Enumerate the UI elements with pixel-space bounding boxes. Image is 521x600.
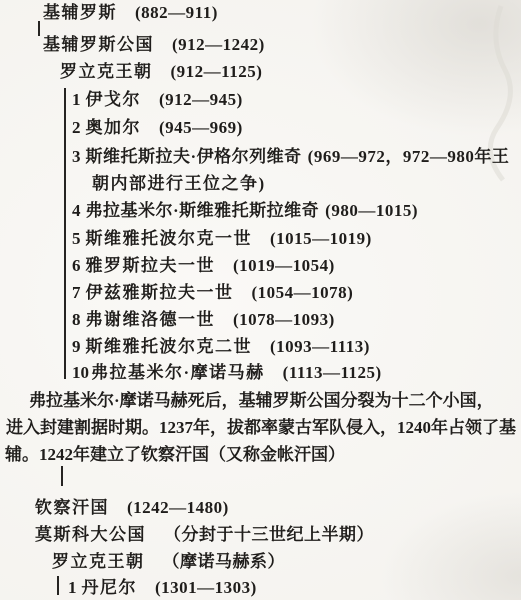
history-paragraph-line-3: 辅。1242年建立了钦察汗国（又称金帐汗国） bbox=[5, 445, 345, 465]
ruler-row-5: 5斯维雅托波尔克一世(1015—1019) bbox=[72, 229, 372, 249]
dynasty-dates: (912—1125) bbox=[171, 62, 263, 81]
ruler-row-8: 8弗谢维洛德一世(1078—1093) bbox=[72, 310, 335, 330]
ruler-dates: (1054—1078) bbox=[252, 283, 354, 302]
ruler-name: 斯维雅托波尔克一世 bbox=[86, 229, 253, 248]
ruler-dates: (1015—1019) bbox=[270, 229, 372, 248]
rurik-dynasty-monomakh-row: 罗立克王朝（摩诺马赫系） bbox=[52, 552, 285, 572]
ruler-row-3-wrap: 朝内部进行王位之争) bbox=[92, 174, 266, 194]
scan-artifact-squiggle bbox=[431, 0, 521, 260]
ruler-dates: (912—945) bbox=[159, 90, 243, 109]
ruler-number: 9 bbox=[72, 337, 81, 357]
ruler-name: 弗拉基米尔·摩诺马赫 bbox=[91, 363, 265, 382]
ruler-name: 雅罗斯拉夫一世 bbox=[86, 256, 216, 275]
ruler-row-2: 2奥加尔(945—969) bbox=[72, 118, 243, 138]
kievan-rus-root-row: 基辅罗斯(882—911) bbox=[43, 3, 218, 23]
ruler-number: 1 bbox=[72, 90, 81, 110]
state-dates: (1242—1480) bbox=[127, 498, 229, 517]
ruler-row-daniel: 1丹尼尔(1301—1303) bbox=[68, 578, 257, 598]
tree-connector-bottom-tick bbox=[57, 576, 59, 595]
ruler-name: 丹尼尔 bbox=[82, 578, 138, 597]
tree-connector-mid-tick bbox=[61, 466, 63, 486]
ruler-name: 弗谢维洛德一世 bbox=[86, 310, 216, 329]
ruler-row-9: 9斯维雅托波尔克二世(1093—1113) bbox=[72, 337, 370, 357]
ruler-number: 3 bbox=[72, 147, 81, 167]
ruler-dates: (1301—1303) bbox=[155, 578, 257, 597]
tree-connector-top-tick bbox=[38, 21, 40, 36]
state-name: 钦察汗国 bbox=[35, 498, 109, 517]
ruler-dates: (980—1015) bbox=[325, 201, 418, 220]
ruler-number: 5 bbox=[72, 229, 81, 249]
kipchak-khanate-row: 钦察汗国(1242—1480) bbox=[35, 498, 229, 518]
tree-connector-main-line bbox=[64, 88, 66, 379]
ruler-number: 6 bbox=[72, 256, 81, 276]
state-name: 基辅罗斯公国 bbox=[43, 35, 154, 54]
state-name: 莫斯科大公国 bbox=[35, 525, 146, 544]
ruler-row-10: 10弗拉基米尔·摩诺马赫(1113—1125) bbox=[72, 363, 382, 383]
history-paragraph-line-1: 弗拉基米尔·摩诺马赫死后，基辅罗斯公国分裂为十二个小国， bbox=[29, 391, 494, 411]
ruler-number: 1 bbox=[68, 578, 77, 598]
ruler-name: 斯维雅托波尔克二世 bbox=[86, 337, 253, 356]
kievan-duchy-row: 基辅罗斯公国(912—1242) bbox=[43, 35, 265, 55]
ruler-name: 斯维托斯拉夫·伊格尔列维奇 bbox=[86, 147, 302, 166]
rurik-dynasty-row: 罗立克王朝(912—1125) bbox=[60, 62, 262, 82]
ruler-row-7: 7伊兹雅斯拉夫一世(1054—1078) bbox=[72, 283, 353, 303]
ruler-row-1: 1伊戈尔(912—945) bbox=[72, 90, 243, 110]
dynasty-name: 罗立克王朝 bbox=[60, 62, 153, 81]
history-paragraph-line-2: 进入封建割据时期。1237年，拔都率蒙古军队侵入，1240年占领了基 bbox=[6, 418, 516, 438]
ruler-dates: (969—972，972—980年王 bbox=[308, 147, 510, 166]
ruler-number: 8 bbox=[72, 310, 81, 330]
ruler-row-3: 3斯维托斯拉夫·伊格尔列维奇(969—972，972—980年王 bbox=[72, 147, 509, 167]
ruler-dates: (1093—1113) bbox=[270, 337, 370, 356]
scanned-book-page: 基辅罗斯(882—911) 基辅罗斯公国(912—1242) 罗立克王朝(912… bbox=[0, 0, 521, 600]
ruler-dates-continued: 朝内部进行王位之争) bbox=[92, 174, 266, 193]
state-name: 基辅罗斯 bbox=[43, 3, 117, 22]
ruler-row-4: 4弗拉基米尔·斯维雅托斯拉维奇(980—1015) bbox=[72, 201, 418, 221]
state-dates: (882—911) bbox=[135, 3, 218, 22]
ruler-dates: (1113—1125) bbox=[283, 363, 382, 382]
ruler-number: 2 bbox=[72, 118, 81, 138]
ruler-dates: (1078—1093) bbox=[233, 310, 335, 329]
ruler-dates: (1019—1054) bbox=[233, 256, 335, 275]
ruler-name: 弗拉基米尔·斯维雅托斯拉维奇 bbox=[86, 201, 320, 220]
state-dates: （分封于十三世纪上半期） bbox=[164, 525, 374, 544]
dynasty-name: 罗立克王朝 bbox=[52, 552, 145, 571]
ruler-row-6: 6雅罗斯拉夫一世(1019—1054) bbox=[72, 256, 335, 276]
state-dates: (912—1242) bbox=[172, 35, 265, 54]
dynasty-dates: （摩诺马赫系） bbox=[163, 552, 286, 571]
ruler-number: 4 bbox=[72, 201, 81, 221]
ruler-name: 伊兹雅斯拉夫一世 bbox=[86, 283, 234, 302]
ruler-name: 奥加尔 bbox=[86, 118, 142, 137]
ruler-name: 伊戈尔 bbox=[86, 90, 142, 109]
ruler-number: 7 bbox=[72, 283, 81, 303]
ruler-dates: (945—969) bbox=[159, 118, 243, 137]
moscow-duchy-row: 莫斯科大公国（分封于十三世纪上半期） bbox=[35, 525, 374, 545]
ruler-number: 10 bbox=[72, 363, 89, 383]
